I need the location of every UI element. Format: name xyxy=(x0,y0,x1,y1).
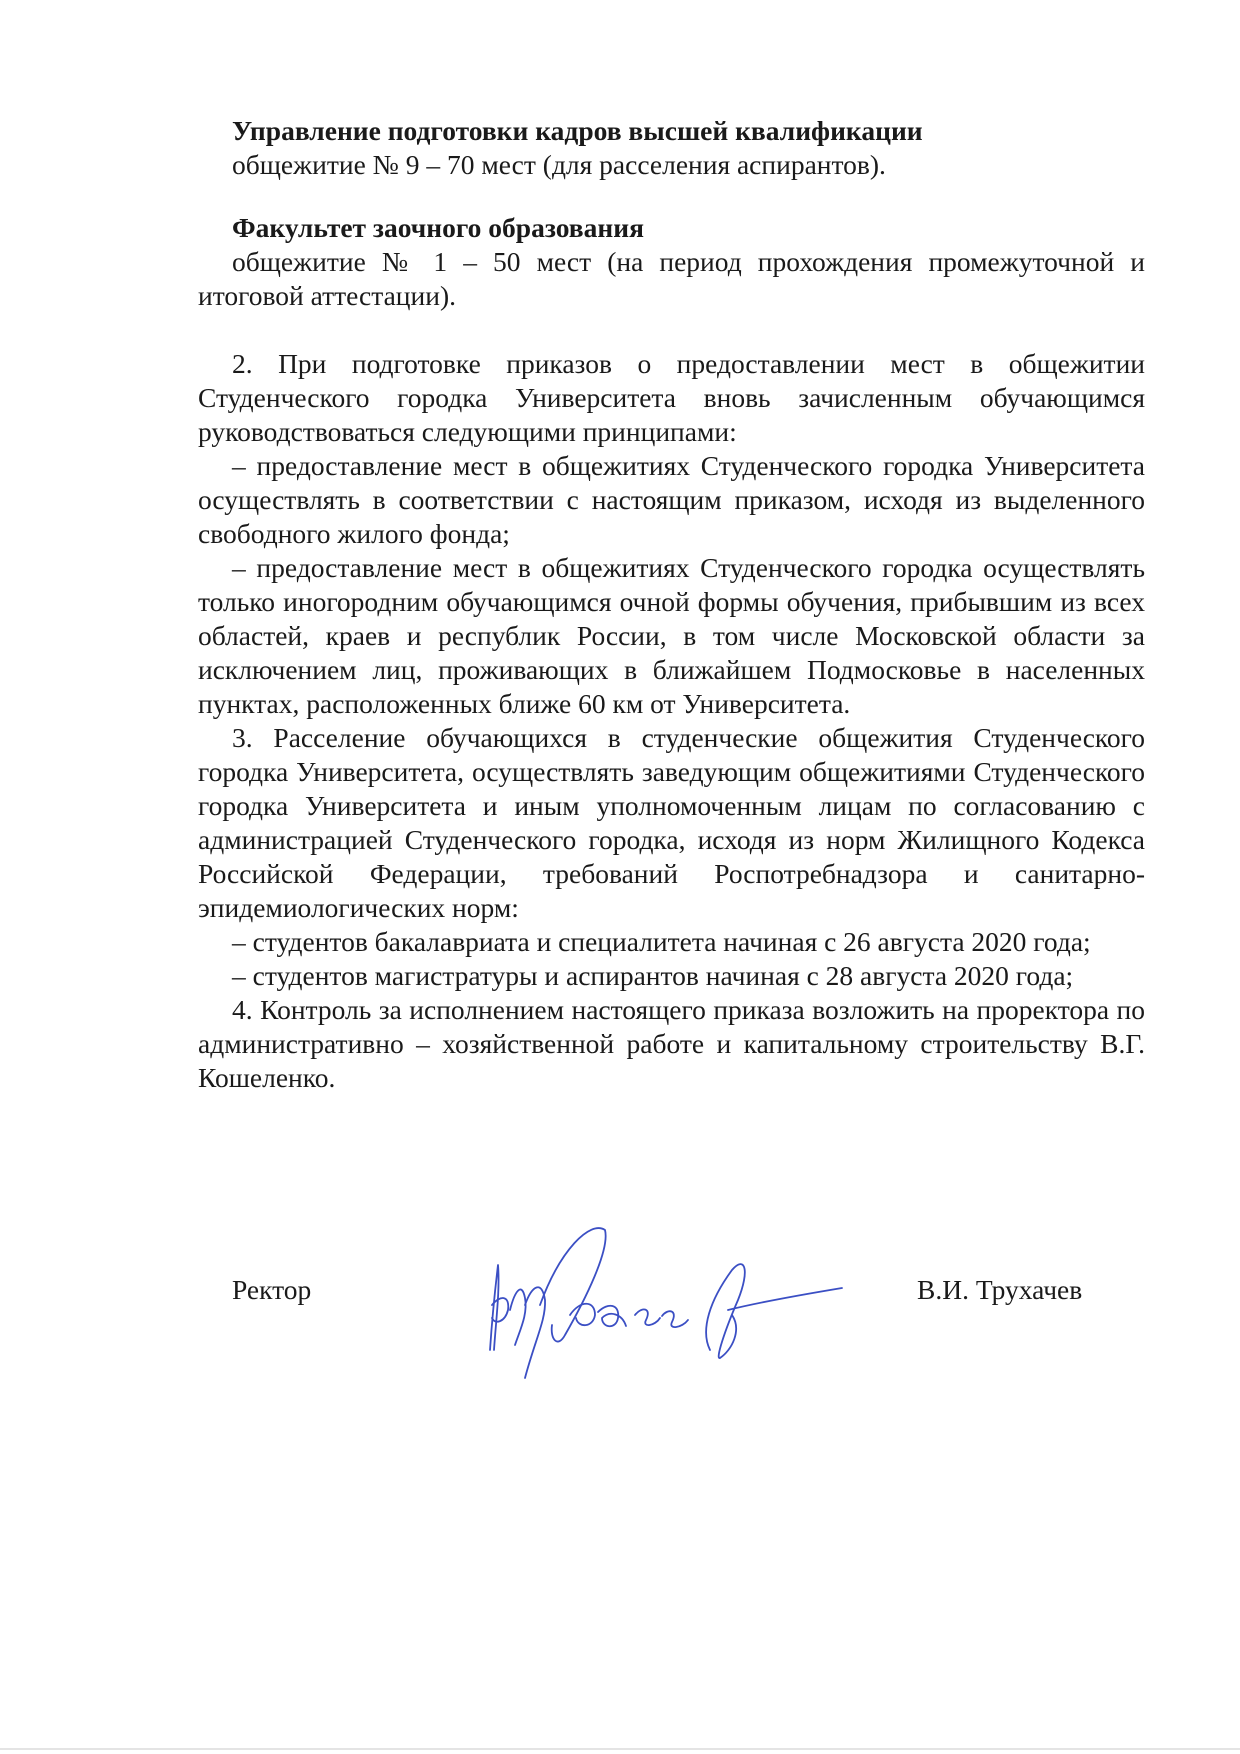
paragraph-3: 3. Расселение обучающихся в студенческие… xyxy=(198,721,1145,925)
document-page: Управление подготовки кадров высшей квал… xyxy=(0,0,1240,1754)
section-text: общежитие № 1 – 50 мест (на период прохо… xyxy=(198,245,1145,313)
section-heading: Управление подготовки кадров высшей квал… xyxy=(198,114,1145,148)
paragraph-3-bullet-2: – студентов магистратуры и аспирантов на… xyxy=(198,959,1145,993)
spacer xyxy=(198,313,1145,347)
paragraph-2-bullet-2: – предоставление мест в общежитиях Студе… xyxy=(198,551,1145,721)
document-body: Управление подготовки кадров высшей квал… xyxy=(198,114,1145,1095)
paragraph-4: 4. Контроль за исполнением настоящего пр… xyxy=(198,993,1145,1095)
signature-block: Ректор В.И. Трухачев xyxy=(0,1230,1240,1360)
signatory-title: Ректор xyxy=(232,1274,311,1306)
section-heading: Факультет заочного образования xyxy=(198,211,1145,245)
paragraph-2-bullet-1: – предоставление мест в общежитиях Студе… xyxy=(198,449,1145,551)
paragraph-2: 2. При подготовке приказов о предоставле… xyxy=(198,347,1145,449)
signatory-name: В.И. Трухачев xyxy=(917,1274,1082,1306)
section-text: общежитие № 9 – 70 мест (для расселения … xyxy=(198,148,1145,182)
paragraph-3-bullet-1: – студентов бакалавриата и специалитета … xyxy=(198,925,1145,959)
handwritten-signature-icon xyxy=(470,1210,850,1380)
scan-edge-divider xyxy=(0,1748,1240,1750)
